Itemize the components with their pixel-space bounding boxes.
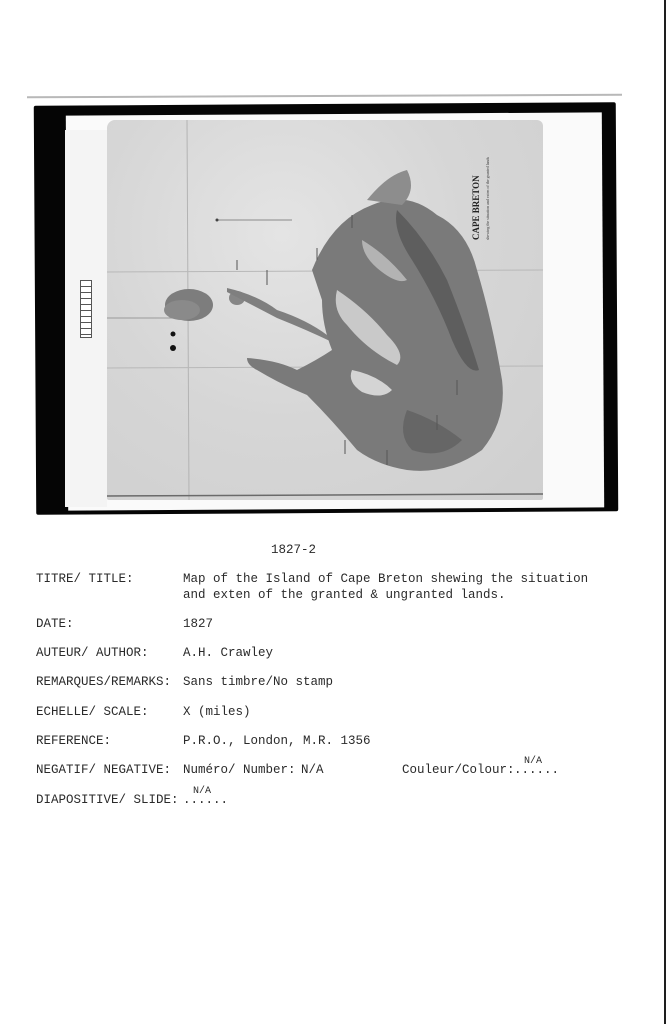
- negative-colour-label: Couleur/Colour:: [402, 763, 515, 778]
- slide-value: N/A: [193, 784, 211, 799]
- page-edge-line: [664, 0, 666, 1024]
- negative-colour-field: N/A ......: [514, 763, 559, 778]
- author-value: A.H. Crawley: [183, 646, 273, 661]
- negative-number-value: N/A: [301, 763, 324, 778]
- reference-label: REFERENCE:: [36, 734, 111, 749]
- reference-value: P.R.O., London, M.R. 1356: [183, 734, 371, 749]
- svg-text:CAPE BRETON: CAPE BRETON: [471, 175, 481, 240]
- top-rule: [27, 94, 622, 99]
- document-number: 1827-2: [271, 543, 316, 557]
- date-label: DATE:: [36, 617, 74, 632]
- title-value-line-1: Map of the Island of Cape Breton shewing…: [183, 572, 588, 587]
- scale-bar-icon: [80, 280, 92, 338]
- cape-breton-map-icon: CAPE BRETON shewing the situation and ex…: [107, 120, 543, 500]
- title-value-line-2: and exten of the granted & ungranted lan…: [183, 588, 506, 603]
- remarks-value: Sans timbre/No stamp: [183, 675, 333, 690]
- title-label: TITRE/ TITLE:: [36, 572, 134, 587]
- scale-value: X (miles): [183, 705, 251, 720]
- slide-label: DIAPOSITIVE/ SLIDE:: [36, 793, 179, 808]
- scale-label: ECHELLE/ SCALE:: [36, 705, 149, 720]
- slide-field: N/A ......: [183, 793, 228, 808]
- negative-colour-value: N/A: [524, 754, 542, 769]
- negative-label: NEGATIF/ NEGATIVE:: [36, 763, 171, 778]
- svg-text:shewing the situation and exte: shewing the situation and exten of the g…: [485, 156, 490, 240]
- date-value: 1827: [183, 617, 213, 632]
- negative-number-label: Numéro/ Number:: [183, 763, 296, 778]
- remarks-label: REMARQUES/REMARKS:: [36, 675, 171, 690]
- map-photograph: CAPE BRETON shewing the situation and ex…: [35, 104, 617, 513]
- author-label: AUTEUR/ AUTHOR:: [36, 646, 149, 661]
- map-sheet: CAPE BRETON shewing the situation and ex…: [107, 120, 543, 500]
